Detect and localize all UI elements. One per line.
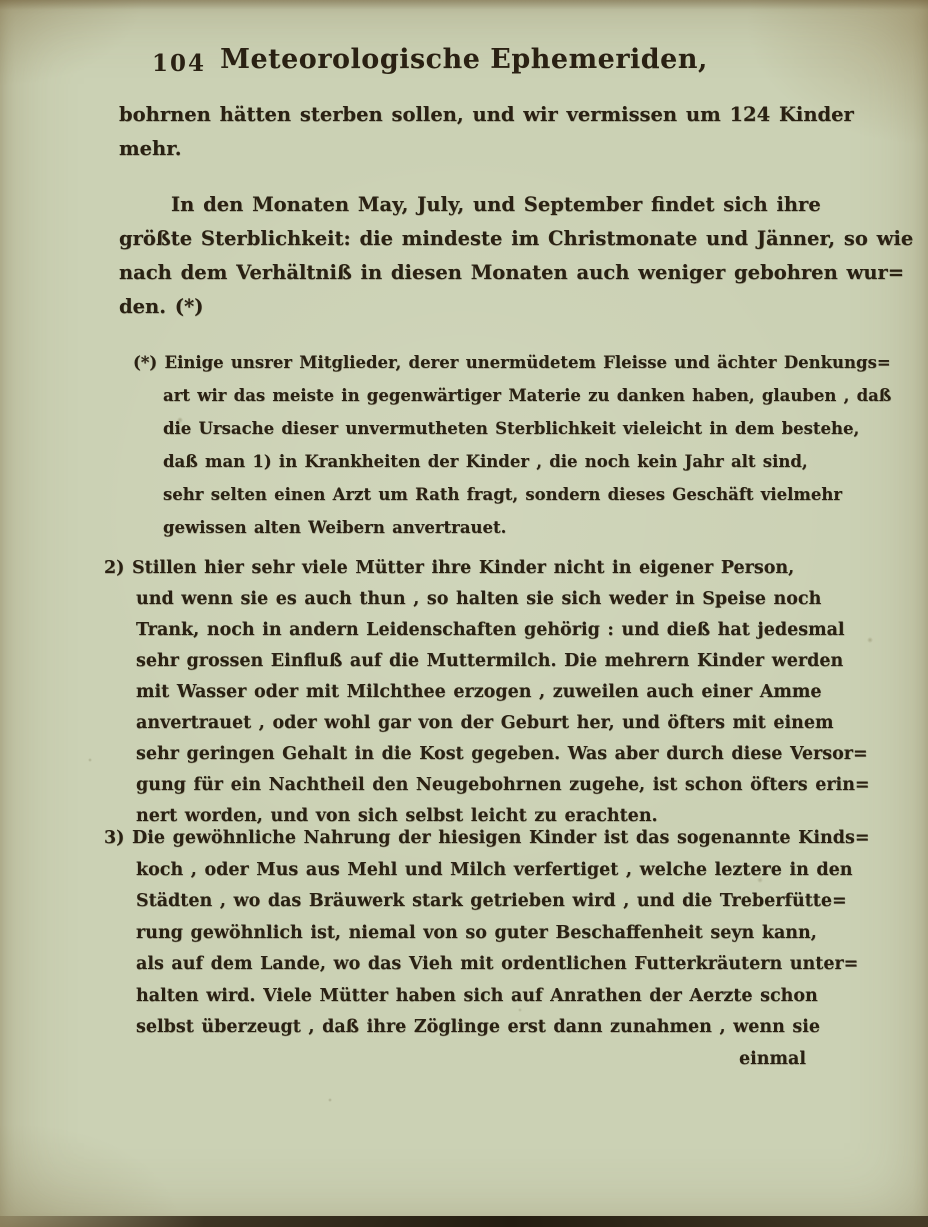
text-line: (*) Einige unsrer Mitglieder, derer uner… <box>133 346 833 379</box>
page-header: 104 Meteorologische Ephemeriden, <box>0 44 928 84</box>
text-line: und wenn sie es auch thun , so halten si… <box>104 584 824 615</box>
main-paragraph: In den Monaten May, July, und September … <box>119 188 819 324</box>
footnote-asterisk: (*) Einige unsrer Mitglieder, derer uner… <box>133 346 833 544</box>
footnote-item-2: 2) Stillen hier sehr viele Mütter ihre K… <box>104 553 824 832</box>
intro-paragraph: bohrnen hätten sterben sollen, und wir v… <box>119 98 819 166</box>
text-line: anvertrauet , oder wohl gar von der Gebu… <box>104 708 824 739</box>
footnote-item-3: 3) Die gewöhnliche Nahrung der hiesigen … <box>104 823 824 1075</box>
text-line: halten wird. Viele Mütter haben sich auf… <box>104 981 824 1013</box>
text-line: selbst überzeugt , daß ihre Zöglinge ers… <box>104 1012 824 1044</box>
text-line: 3) Die gewöhnliche Nahrung der hiesigen … <box>104 823 824 855</box>
text-line: gung für ein Nachtheil den Neugebohrnen … <box>104 770 824 801</box>
text-line: den. (*) <box>119 290 819 324</box>
text-line: die Ursache dieser unvermutheten Sterbli… <box>133 412 833 445</box>
text-line: mehr. <box>119 132 819 166</box>
text-line: bohrnen hätten sterben sollen, und wir v… <box>119 98 819 132</box>
text-line: daß man 1) in Krankheiten der Kinder , d… <box>133 445 833 478</box>
text-line: koch , oder Mus aus Mehl und Milch verfe… <box>104 855 824 887</box>
text-line: größte Sterblichkeit: die mindeste im Ch… <box>119 222 819 256</box>
page-top-edge-shading <box>0 0 928 10</box>
book-page-scan: 104 Meteorologische Ephemeriden, bohrnen… <box>0 0 928 1227</box>
text-line: rung gewöhnlich ist, niemal von so guter… <box>104 918 824 950</box>
text-line: Städten , wo das Bräuwerk stark getriebe… <box>104 886 824 918</box>
text-line: In den Monaten May, July, und September … <box>119 188 819 222</box>
running-title: Meteorologische Ephemeriden, <box>0 44 928 75</box>
text-line: art wir das meiste in gegenwärtiger Mate… <box>133 379 833 412</box>
text-line: nach dem Verhältniß in diesen Monaten au… <box>119 256 819 290</box>
text-line: gewissen alten Weibern anvertrauet. <box>133 511 833 544</box>
page-bottom-photo-edge <box>0 1216 928 1227</box>
text-line: sehr selten einen Arzt um Rath fragt, so… <box>133 478 833 511</box>
text-line: sehr grossen Einfluß auf die Muttermilch… <box>104 646 824 677</box>
text-line: sehr geringen Gehalt in die Kost gegeben… <box>104 739 824 770</box>
text-line: mit Wasser oder mit Milchthee erzogen , … <box>104 677 824 708</box>
text-line: Trank, noch in andern Leidenschaften geh… <box>104 615 824 646</box>
text-line: 2) Stillen hier sehr viele Mütter ihre K… <box>104 553 824 584</box>
text-line: als auf dem Lande, wo das Vieh mit orden… <box>104 949 824 981</box>
catchword: einmal <box>104 1044 824 1076</box>
